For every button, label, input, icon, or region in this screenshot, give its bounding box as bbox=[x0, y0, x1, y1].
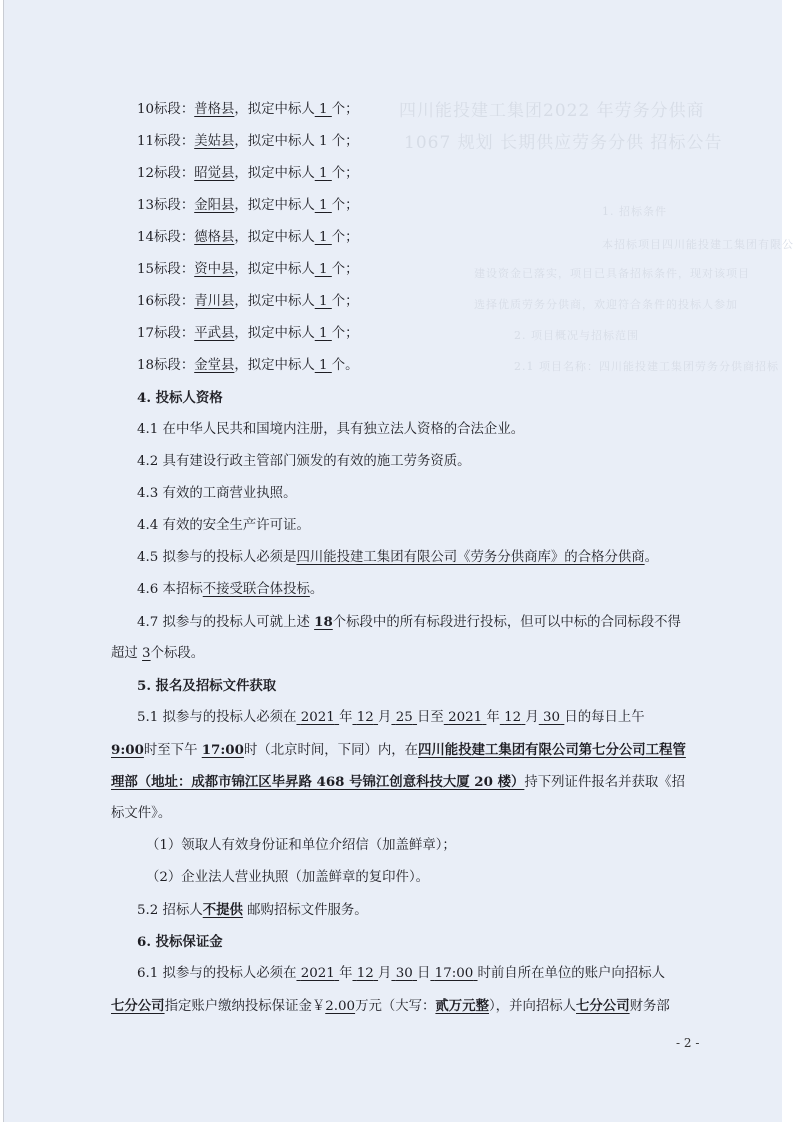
section-4-6: 4.6 本招标不接受联合体投标。 bbox=[137, 581, 323, 599]
lot-line-10: 10标段：普格县，拟定中标人 1 个； bbox=[137, 101, 359, 119]
lot-line-17: 17标段：平武县，拟定中标人 1 个； bbox=[137, 325, 359, 343]
county-name: 德格县 bbox=[194, 230, 234, 245]
bleed-through-text: 选择优质劳务分供商，欢迎符合条件的投标人参加 bbox=[474, 296, 738, 312]
page-number: - 2 - bbox=[676, 1036, 699, 1050]
county-name: 金阳县 bbox=[194, 198, 234, 213]
county-name: 青川县 bbox=[194, 294, 234, 309]
section-4-2: 4.2 具有建设行政主管部门颁发的有效的施工劳务资质。 bbox=[137, 453, 471, 471]
winner-count: 1 bbox=[315, 326, 332, 341]
winner-count: 1 bbox=[315, 134, 332, 149]
county-name: 美姑县 bbox=[194, 134, 234, 149]
section-4-3: 4.3 有效的工商营业执照。 bbox=[137, 485, 296, 503]
section-4-7-cont: 超过 3个标段。 bbox=[111, 645, 204, 663]
county-name: 昭觉县 bbox=[194, 166, 234, 181]
section-4-heading: 4. 投标人资格 bbox=[137, 389, 223, 407]
section-5-1-item-1: （1）领取人有效身份证和单位介绍信（加盖鲜章）； bbox=[146, 837, 456, 855]
section-6-1: 6.1 拟参与的投标人必须在 2021 年 12 月 30 日 17:00 时前… bbox=[137, 965, 665, 983]
scanned-page: 四川能投建工集团2022 年劳务分供商 1067 规划 长期供应劳务分供 招标公… bbox=[3, 0, 782, 1122]
winner-count: 1 bbox=[315, 262, 332, 277]
section-5-1-line4: 标文件》。 bbox=[111, 805, 171, 823]
county-name: 普格县 bbox=[194, 102, 234, 117]
bleed-through-text: 本招标项目四川能投建工集团有限公司第七分公司 bbox=[602, 236, 794, 252]
section-4-7: 4.7 拟参与的投标人可就上述 18个标段中的所有标段进行投标，但可以中标的合同… bbox=[137, 613, 681, 632]
winner-count: 1 bbox=[315, 166, 332, 181]
bleed-through-text: 1067 规划 长期供应劳务分供 招标公告 bbox=[404, 128, 722, 153]
section-5-1-line2: 9:00时至下午 17:00时（北京时间，下同）内，在四川能投建工集团有限公司第… bbox=[111, 741, 686, 760]
lot-line-13: 13标段：金阳县，拟定中标人 1 个； bbox=[137, 197, 359, 215]
section-4-4: 4.4 有效的安全生产许可证。 bbox=[137, 517, 310, 535]
lot-line-11: 11标段：美姑县，拟定中标人 1 个； bbox=[137, 133, 359, 151]
winner-count: 1 bbox=[315, 102, 332, 117]
section-6-heading: 6. 投标保证金 bbox=[137, 933, 223, 951]
bleed-through-text: 建设资金已落实，项目已具备招标条件，现对该项目 bbox=[474, 265, 750, 281]
winner-count: 1 bbox=[315, 294, 332, 309]
bleed-through-text: 2. 项目概况与招标范围 bbox=[514, 327, 639, 343]
lot-line-15: 15标段：资中县，拟定中标人 1 个； bbox=[137, 261, 359, 279]
section-6-1-line2: 七分公司指定账户缴纳投标保证金￥2.00万元（大写：贰万元整），并向招标人七分公… bbox=[111, 997, 670, 1016]
lot-line-12: 12标段：昭觉县，拟定中标人 1 个； bbox=[137, 165, 359, 183]
winner-count: 1 bbox=[315, 198, 332, 213]
section-5-heading: 5. 报名及招标文件获取 bbox=[137, 677, 276, 695]
section-4-1: 4.1 在中华人民共和国境内注册，具有独立法人资格的合法企业。 bbox=[137, 421, 524, 439]
bleed-through-text: 1. 招标条件 bbox=[602, 203, 667, 219]
section-5-1-line3: 理部（地址：成都市锦江区毕昇路 468 号锦江创意科技大厦 20 楼）持下列证件… bbox=[111, 773, 685, 792]
winner-count: 1 bbox=[315, 230, 332, 245]
bleed-through-text: 四川能投建工集团2022 年劳务分供商 bbox=[399, 96, 705, 121]
section-5-1-item-2: （2）企业法人营业执照（加盖鲜章的复印件）。 bbox=[146, 869, 429, 887]
county-name: 平武县 bbox=[194, 326, 234, 341]
section-5-1: 5.1 拟参与的投标人必须在 2021 年 12 月 25 日至 2021 年 … bbox=[137, 709, 645, 727]
lot-line-14: 14标段：德格县，拟定中标人 1 个； bbox=[137, 229, 359, 247]
section-5-2: 5.2 招标人不提供 邮购招标文件服务。 bbox=[137, 901, 368, 920]
bleed-through-text: 2.1 项目名称：四川能投建工集团劳务分供商招标 bbox=[514, 358, 779, 374]
winner-count: 1 bbox=[315, 358, 332, 373]
county-name: 金堂县 bbox=[194, 358, 234, 373]
section-4-5: 4.5 拟参与的投标人必须是四川能投建工集团有限公司《劳务分供商库》的合格分供商… bbox=[137, 549, 658, 567]
lot-line-18: 18标段：金堂县，拟定中标人 1 个。 bbox=[137, 357, 359, 375]
lot-line-16: 16标段：青川县，拟定中标人 1 个； bbox=[137, 293, 359, 311]
county-name: 资中县 bbox=[194, 262, 234, 277]
